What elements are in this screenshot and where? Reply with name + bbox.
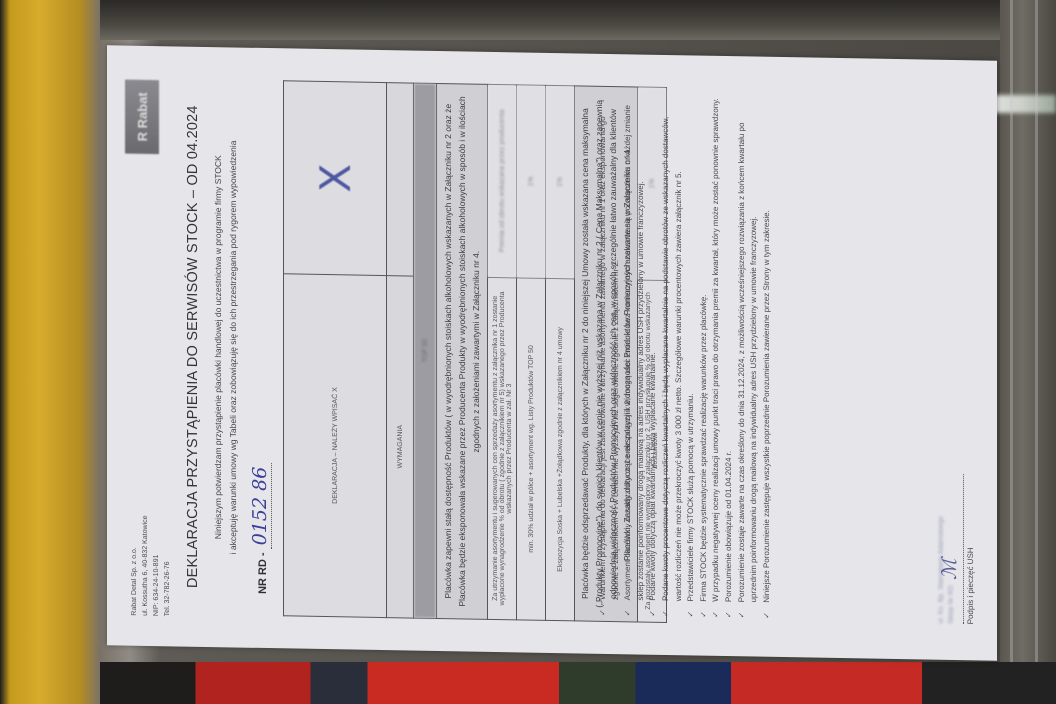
company-logo: R Rabat (125, 80, 159, 155)
table-header-row: DEKLARACJA – NALEŻY WPISAĆ X X (284, 81, 387, 618)
condition-item: Podane kwoty dotyczą opłat kwartalnych i… (647, 93, 660, 617)
table-sub-row: WYMAGANIA (387, 83, 414, 618)
shelf-wire (1010, 0, 1013, 704)
signature-label: Podpis i pieczęć USH (963, 474, 975, 624)
company-phone: Tel. 32-782-26-76 (162, 516, 173, 617)
nr-rd-field: NR RD - 0152 86 (249, 463, 271, 595)
condition-item: Porozumienie obowiązuje od 01.04.2024 r. (723, 94, 736, 618)
company-address: ul. Kossutha 6, 40-832 Katowice (140, 515, 151, 616)
nr-rd-handwritten-value: 0152 86 (249, 463, 272, 550)
table-row-text: Za utrzymanie asortymentu i sugerowanych… (488, 277, 517, 620)
condition-item: Warunkiem przystąpienia do deklaracji je… (597, 92, 622, 616)
table-row-value: 1% (546, 85, 575, 278)
empty-cell (387, 83, 414, 276)
company-nip: NIP: 634-24-10-891 (151, 516, 162, 617)
company-info: Rabat Detal Sp. z o.o. ul. Kossutha 6, 4… (129, 515, 173, 616)
table-row-text: Placówka zapewni stałą dostępność Produk… (437, 83, 488, 619)
table-header-mark-cell: X (284, 81, 387, 275)
intro-line-1: Niniejszym potwierdzam przystąpienie pla… (211, 81, 226, 613)
conditions-list: Warunkiem przystąpienia do deklaracji je… (597, 92, 773, 619)
condition-item: Asortyment określony w załączniku nr 1 o… (622, 92, 647, 616)
condition-item: Porozumienie zostaje zawarte na czas okr… (736, 94, 761, 618)
requirements-label: WYMAGANIA (387, 275, 414, 618)
signature-scribble: ℳ (937, 558, 961, 580)
handwritten-x-mark: X (311, 163, 360, 193)
shelf-wire (1035, 0, 1038, 704)
declaration-paper: R Rabat Rabat Detal Sp. z o.o. ul. Kossu… (107, 45, 997, 661)
table-row-text: min. 30% udział w półce + asortyment wg.… (517, 277, 546, 620)
stamp-line-2: Sklep Nr RD (947, 474, 957, 624)
condition-item: Przedstawiciele firmy STOCK służą pomocą… (685, 93, 698, 617)
table-header-left: DEKLARACJA – NALEŻY WPISAĆ X (284, 273, 387, 617)
condition-item: Niniejsze Porozumienie zastępuje wszystk… (761, 95, 774, 619)
products-below-background (100, 662, 1056, 704)
table-row: min. 30% udział w półce + asortyment wg.… (517, 85, 546, 621)
condition-item: Podane kwoty procentowe dotyczą rozlicze… (660, 93, 685, 617)
nr-rd-label: NR RD - (257, 552, 269, 594)
table-row-value: Premia od obrotu wskazana przez producen… (488, 84, 517, 277)
stamp-line-1: ul. Ks. Bp. Stanisława Adamskiego (937, 474, 947, 624)
table-row: Placówka zapewni stałą dostępność Produk… (437, 83, 488, 619)
condition-item: W przypadku negatywnej oceny realizacji … (710, 94, 723, 618)
intro-text: Niniejszym potwierdzam przystąpienie pla… (211, 81, 241, 614)
condition-item: Firma STOCK będzie systematycznie sprawd… (698, 94, 711, 618)
table-row-value: 1% (517, 85, 546, 278)
document-title: DEKLARACJA PRZYSTĄPIENIA DO SERWISÓW STO… (185, 71, 201, 623)
paper-wrap: R Rabat Rabat Detal Sp. z o.o. ul. Kossu… (95, 40, 1010, 665)
shelf-top-background (100, 0, 1056, 40)
company-name: Rabat Detal Sp. z o.o. (129, 515, 140, 616)
top50-label: TOP 50 (414, 83, 437, 618)
table-row: Za utrzymanie asortymentu i sugerowanych… (488, 84, 517, 620)
intro-line-2: i akceptuję warunki umowy wg Tabeli oraz… (226, 81, 241, 613)
signature-block: ul. Ks. Bp. Stanisława Adamskiego Sklep … (937, 474, 975, 625)
table-dark-row: TOP 50 (414, 83, 437, 618)
table-row: Ekspozycja Soska + Lubelska +Żołądkowa z… (546, 85, 575, 621)
table-row-text: Ekspozycja Soska + Lubelska +Żołądkowa z… (546, 278, 575, 621)
document-body: R Rabat Rabat Detal Sp. z o.o. ul. Kossu… (125, 70, 977, 637)
